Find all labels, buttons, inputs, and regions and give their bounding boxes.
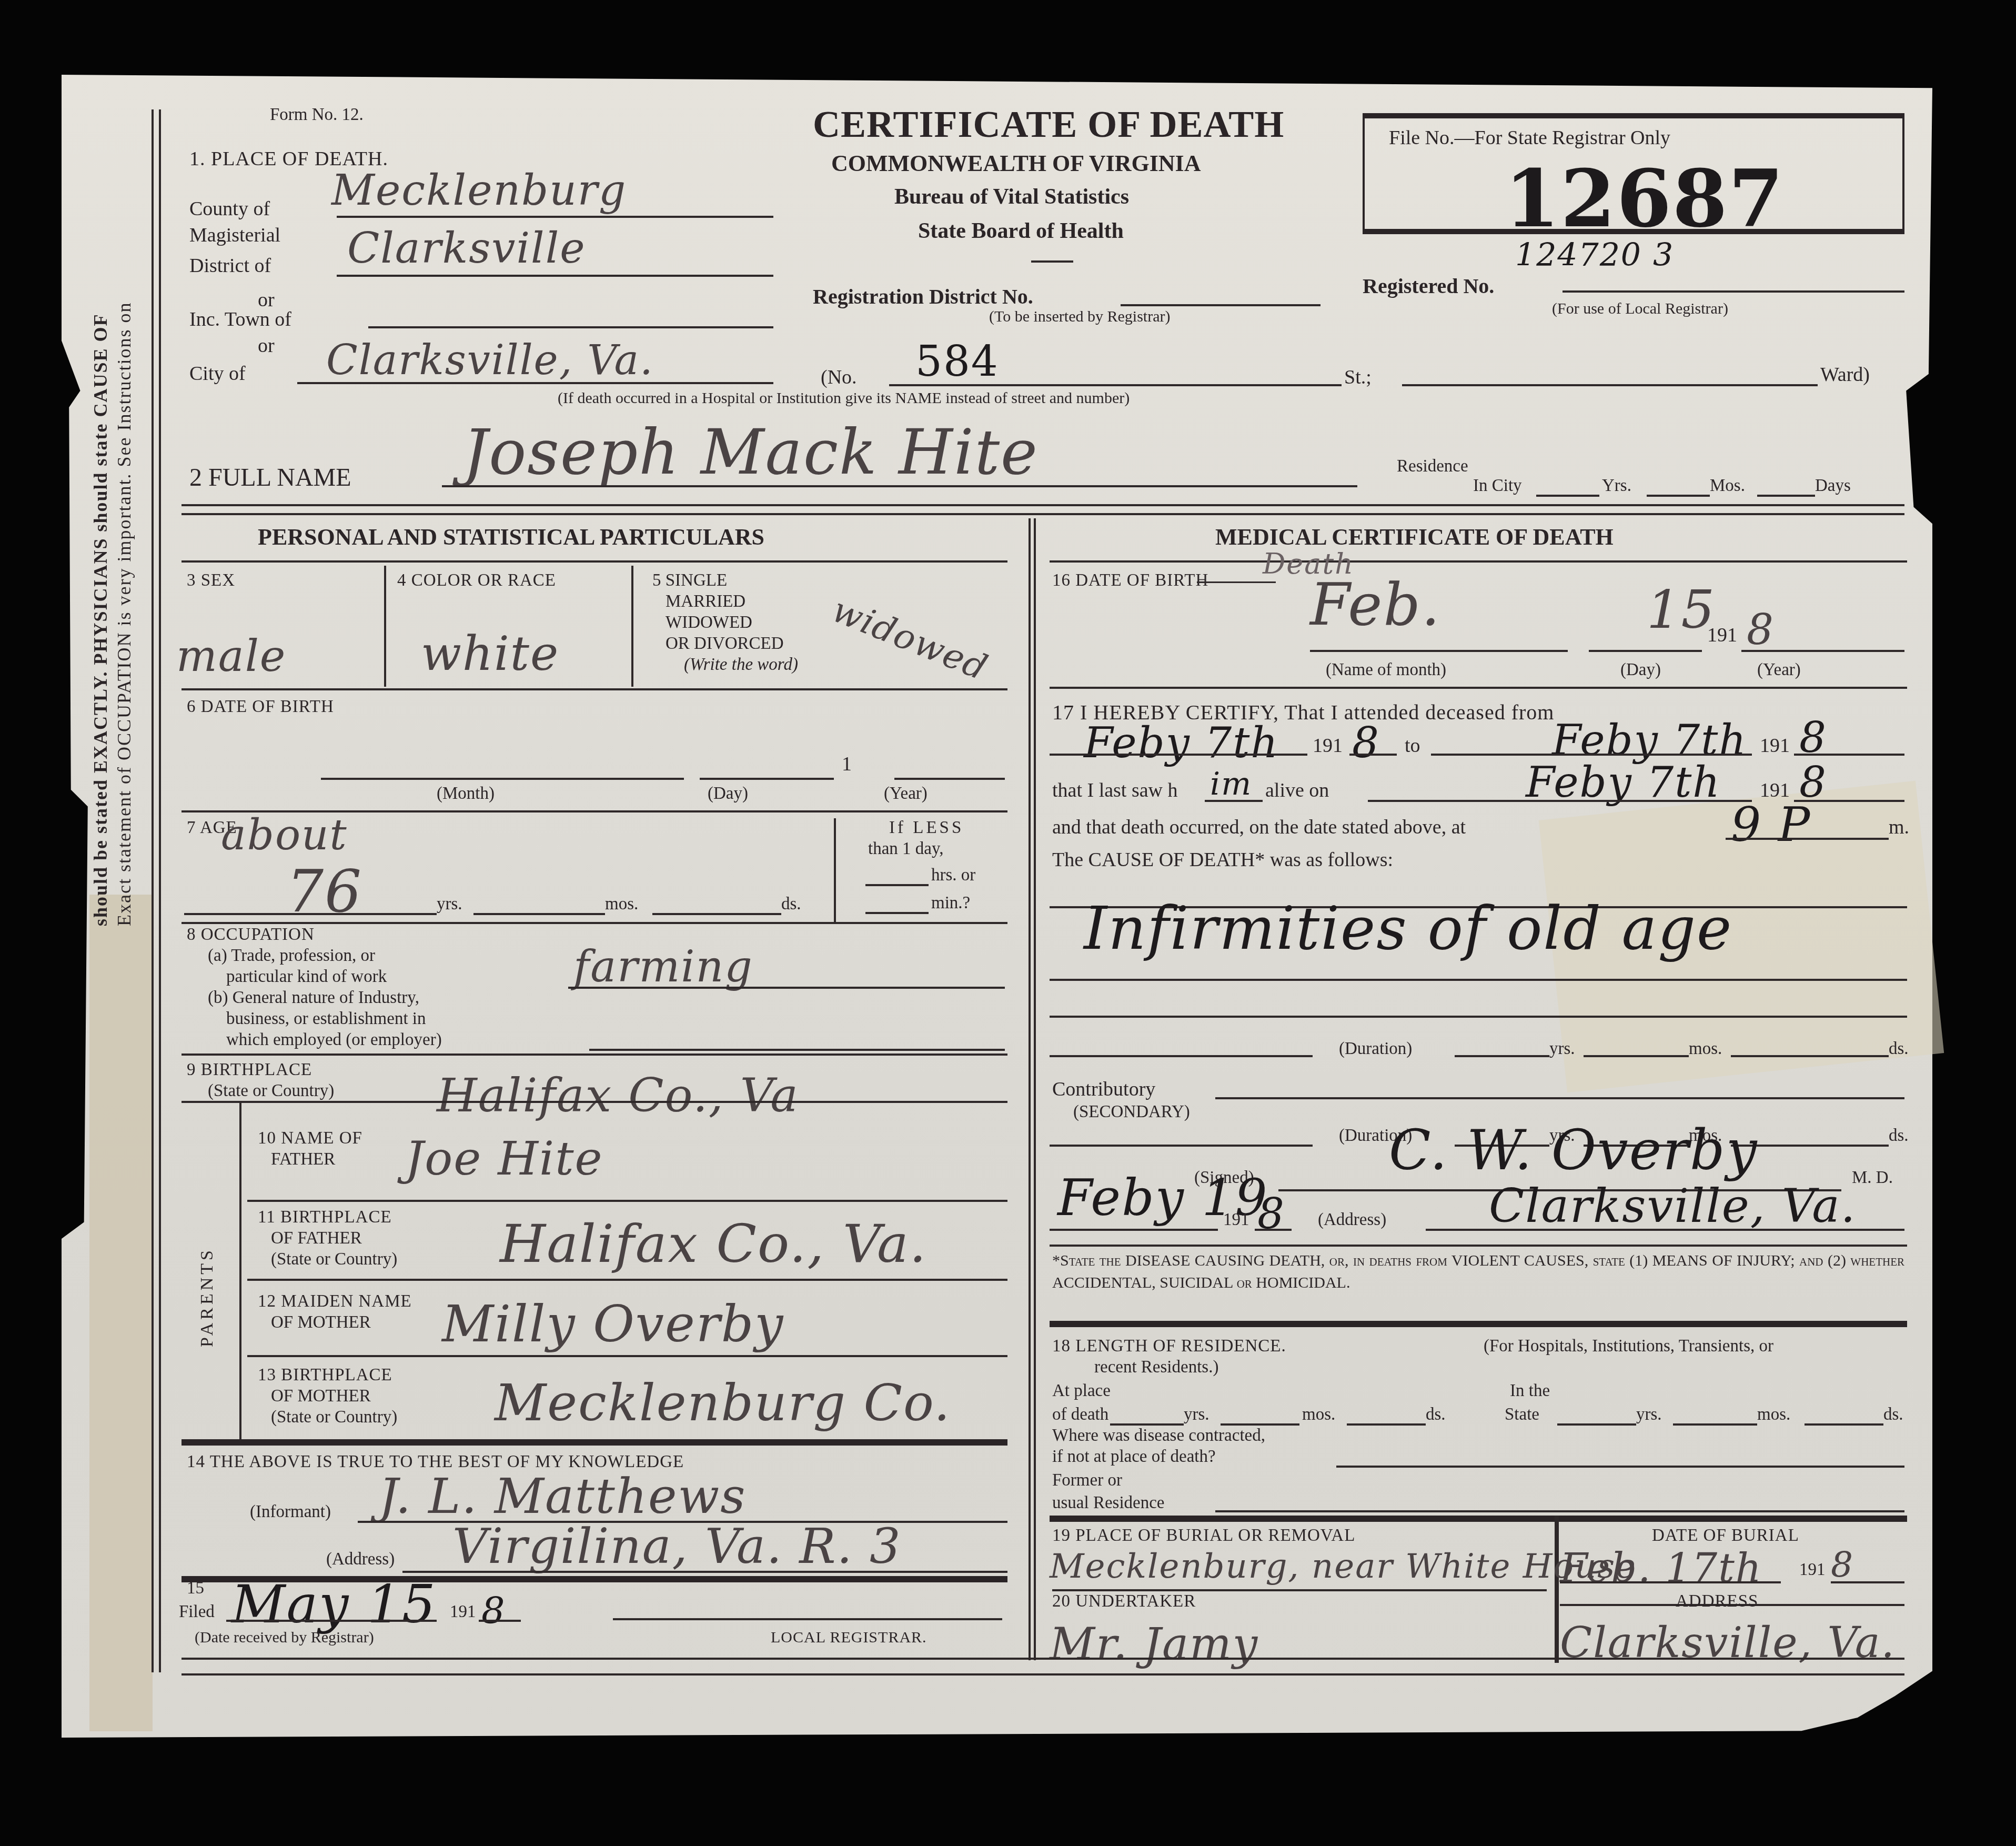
death-date-label: 16 DATE OF BIRTH	[1052, 571, 1208, 590]
undertaker-value[interactable]: Mr. Jamy	[1050, 1618, 1258, 1670]
cause-of-death-label: The CAUSE OF DEATH* was as follows:	[1052, 848, 1393, 871]
md-label: M. D.	[1852, 1168, 1893, 1188]
physician-signature[interactable]: C. W. Overby	[1389, 1118, 1758, 1182]
residence-yrs: Yrs.	[1602, 476, 1631, 496]
last-saw-pronoun[interactable]: im	[1210, 766, 1252, 802]
informant-address-value[interactable]: Virgilina, Va. R. 3	[452, 1518, 902, 1574]
filed-date-value[interactable]: May 15	[231, 1573, 437, 1635]
registered-number-label: Registered No.	[1363, 274, 1494, 298]
registration-district-label: Registration District No.	[813, 284, 1033, 309]
mother-name-label: 12 MAIDEN NAME	[258, 1292, 412, 1311]
burial-date-value[interactable]: Feb. 17th	[1560, 1544, 1762, 1591]
residence-yrs: yrs.	[1184, 1405, 1209, 1424]
to-label: to	[1405, 734, 1420, 757]
burial-date-label: DATE OF BURIAL	[1652, 1526, 1799, 1546]
death-time-label: and that death occurred, on the date sta…	[1052, 816, 1466, 839]
burial-place-value[interactable]: Mecklenburg, near White House	[1050, 1547, 1637, 1586]
age-yrs: yrs.	[437, 895, 462, 914]
city-label: City of	[189, 362, 246, 385]
mother-birthplace-sub: (State or Country)	[271, 1408, 397, 1427]
dob-label: 6 DATE OF BIRTH	[187, 697, 334, 717]
dob-month-caption: (Month)	[437, 784, 495, 804]
medical-section-header: MEDICAL CERTIFICATE OF DEATH	[1215, 524, 1614, 550]
duration-ds: ds.	[1889, 1126, 1909, 1146]
less-than-day-hrs: hrs. or	[931, 866, 975, 885]
hospital-note: (If death occurred in a Hospital or Inst…	[558, 389, 1130, 407]
form-number: Form No. 12.	[270, 105, 364, 125]
street-number-label: (No.	[821, 366, 857, 389]
contracted-label: Where was disease contracted,	[1052, 1426, 1265, 1446]
in-the-label: In the	[1510, 1381, 1550, 1401]
occupation-value[interactable]: farming	[573, 942, 753, 992]
or-label: or	[258, 334, 275, 357]
less-than-day-label: than 1 day,	[868, 839, 944, 859]
occupation-sub-a: particular kind of work	[226, 967, 387, 987]
contracted-label: if not at place of death?	[1052, 1447, 1216, 1467]
residence-ds: ds.	[1426, 1405, 1446, 1424]
undertaker-label: 20 UNDERTAKER	[1052, 1592, 1196, 1611]
secondary-label: (SECONDARY)	[1073, 1102, 1190, 1122]
cause-footnote: *State the DISEASE CAUSING DEATH, or, in…	[1052, 1250, 1904, 1294]
father-birthplace-sub: (State or Country)	[271, 1250, 397, 1269]
subtitle: COMMONWEALTH OF VIRGINIA	[831, 150, 1201, 177]
burial-year[interactable]: 8	[1831, 1544, 1854, 1585]
father-birthplace-label: 11 BIRTHPLACE	[258, 1208, 392, 1227]
residence-label: Residence	[1397, 457, 1468, 476]
parents-label: PARENTS	[197, 1247, 217, 1347]
father-name-value[interactable]: Joe Hite	[405, 1131, 603, 1186]
column-divider	[1029, 518, 1031, 1660]
dob-day-caption: (Day)	[708, 784, 748, 804]
bureau: Bureau of Vital Statistics	[894, 184, 1129, 209]
margin-note-2: Exact statement of OCCUPATION is very im…	[113, 302, 135, 926]
personal-section-header: PERSONAL AND STATISTICAL PARTICULARS	[258, 524, 764, 550]
death-time-value[interactable]: 9 P	[1731, 797, 1811, 852]
duration-label: (Duration)	[1339, 1039, 1412, 1059]
filed-year-prefix: 191	[450, 1602, 476, 1622]
magisterial-label: Magisterial	[189, 224, 280, 247]
mother-name-label: OF MOTHER	[271, 1313, 371, 1332]
residence-days: Days	[1815, 476, 1851, 496]
physician-address-label: (Address)	[1318, 1210, 1386, 1230]
registered-number-note: (For use of Local Registrar)	[1552, 300, 1728, 318]
mother-birthplace-label: OF MOTHER	[271, 1387, 371, 1406]
former-residence-label: Former or	[1052, 1471, 1122, 1490]
occupation-label: 8 OCCUPATION	[187, 925, 315, 945]
signed-year-prefix: 191	[1223, 1210, 1249, 1230]
father-name-label: 10 NAME OF	[258, 1129, 362, 1148]
residence-note: recent Residents.)	[1094, 1358, 1218, 1377]
street-number-value[interactable]: 584	[915, 337, 999, 386]
death-year-suffix[interactable]: 8	[1747, 605, 1775, 654]
age-ds: ds.	[781, 895, 801, 914]
informant-label: (Informant)	[250, 1502, 331, 1522]
marital-label: OR DIVORCED	[666, 634, 784, 654]
burial-place-label: 19 PLACE OF BURIAL OR REMOVAL	[1052, 1526, 1355, 1546]
local-registrar-label: LOCAL REGISTRAR.	[771, 1629, 927, 1647]
registration-district-note: (To be inserted by Registrar)	[989, 308, 1170, 326]
day-caption: (Day)	[1620, 660, 1661, 680]
full-name-label: 2 FULL NAME	[189, 463, 351, 492]
cause-of-death-value[interactable]: Infirmities of old age	[1084, 895, 1732, 963]
informant-address-label: (Address)	[326, 1550, 395, 1569]
occupation-sub-a: (a) Trade, profession, or	[208, 946, 375, 966]
last-saw-label: that I last saw h	[1052, 779, 1178, 802]
at-place-label: At place	[1052, 1381, 1111, 1401]
residence-mos: mos.	[1302, 1405, 1335, 1424]
dob-year-prefix: 1	[842, 753, 852, 776]
undertaker-address-value[interactable]: Clarksville, Va.	[1560, 1618, 1896, 1667]
file-number-label: File No.—For State Registrar Only	[1389, 126, 1670, 149]
town-label: Inc. Town of	[189, 308, 291, 331]
county-value[interactable]: Mecklenburg	[331, 166, 627, 215]
street-label: St.;	[1344, 366, 1372, 389]
duration-mos: mos.	[1689, 1039, 1722, 1059]
marital-label: WIDOWED	[666, 613, 752, 633]
file-number-secondary: 124720 3	[1515, 237, 1674, 274]
meridian-label: m.	[1889, 816, 1909, 839]
undertaker-address-label: ADDRESS	[1676, 1592, 1758, 1611]
duration-ds: ds.	[1889, 1039, 1909, 1059]
attended-to-year-prefix: 191	[1760, 734, 1790, 757]
former-residence-label: usual Residence	[1052, 1493, 1165, 1513]
state-yrs: yrs.	[1636, 1405, 1662, 1424]
marital-label: MARRIED	[666, 592, 745, 611]
marital-label: 5 SINGLE	[652, 571, 727, 590]
mother-name-value[interactable]: Milly Overby	[442, 1295, 784, 1353]
occupation-sub-b: business, or establishment in	[226, 1009, 426, 1029]
filed-year-suffix[interactable]: 8	[481, 1589, 506, 1632]
filed-note: (Date received by Registrar)	[195, 1629, 374, 1647]
occupation-sub-b: (b) General nature of Industry,	[208, 988, 419, 1008]
file-number-value: 12687	[1505, 153, 1785, 245]
occupation-sub-b: which employed (or employer)	[226, 1030, 442, 1050]
alive-on-label: alive on	[1265, 779, 1329, 802]
dob-year-caption: (Year)	[884, 784, 928, 804]
board: State Board of Health	[918, 218, 1124, 244]
of-death-label: of death	[1052, 1405, 1108, 1424]
county-label: County of	[189, 197, 270, 220]
district-label: District of	[189, 254, 271, 277]
state-label: State	[1505, 1405, 1539, 1424]
page-title: CERTIFICATE OF DEATH	[813, 103, 1284, 146]
mother-birthplace-label: 13 BIRTHPLACE	[258, 1366, 392, 1385]
birthplace-sub: (State or Country)	[208, 1081, 334, 1101]
physician-address-value[interactable]: Clarksville, Va.	[1489, 1179, 1857, 1233]
race-value[interactable]: white	[421, 626, 559, 681]
year-caption: (Year)	[1757, 660, 1801, 680]
attended-from-year-prefix: 191	[1313, 734, 1343, 757]
full-name-value[interactable]: Joseph Mack Hite	[463, 416, 1039, 488]
margin-rule	[159, 109, 161, 1672]
sex-value[interactable]: male	[176, 631, 286, 681]
attached-paper-strip	[89, 895, 153, 1731]
less-than-day-label: If LESS	[889, 818, 964, 838]
margin-note-1: should be stated EXACTLY. PHYSICIANS sho…	[89, 313, 112, 926]
residence-note: (For Hospitals, Institutions, Transients…	[1484, 1337, 1773, 1356]
death-year-prefix: 191	[1707, 624, 1737, 647]
attended-from-year[interactable]: 8	[1352, 718, 1380, 767]
signed-year[interactable]: 8	[1257, 1189, 1285, 1238]
father-birthplace-label: OF FATHER	[271, 1229, 362, 1248]
filed-number: 15	[187, 1579, 204, 1598]
birthplace-value[interactable]: Halifax Co., Va	[437, 1068, 799, 1122]
age-mos: mos.	[605, 895, 638, 914]
contributory-label: Contributory	[1052, 1078, 1155, 1101]
state-mos: mos.	[1757, 1405, 1790, 1424]
death-day-value[interactable]: 15	[1647, 579, 1716, 640]
ward-label: Ward)	[1820, 363, 1870, 386]
informant-value[interactable]: J. L. Matthews	[379, 1468, 746, 1524]
death-month-value[interactable]: Feb.	[1310, 571, 1441, 638]
sex-label: 3 SEX	[187, 571, 235, 590]
district-value[interactable]: Clarksville	[347, 224, 586, 273]
marital-note: (Write the word)	[684, 655, 798, 675]
father-name-label: FATHER	[271, 1150, 335, 1169]
birth-strikethrough	[1197, 581, 1276, 583]
duration-yrs: yrs.	[1549, 1039, 1575, 1059]
residence-mos: Mos.	[1710, 476, 1745, 496]
margin-rule	[152, 109, 154, 1672]
attended-from-value[interactable]: Feby 7th	[1084, 718, 1279, 767]
mother-birthplace-value[interactable]: Mecklenburg Co.	[495, 1373, 951, 1432]
age-prefix: about	[221, 810, 348, 859]
father-birthplace-value[interactable]: Halifax Co., Va.	[500, 1213, 927, 1275]
length-of-residence-label: 18 LENGTH OF RESIDENCE.	[1052, 1337, 1286, 1356]
birthplace-label: 9 BIRTHPLACE	[187, 1060, 312, 1080]
residence-in-city: In City	[1473, 476, 1522, 496]
less-than-day-min: min.?	[931, 894, 970, 913]
state-ds: ds.	[1883, 1405, 1903, 1424]
race-label: 4 COLOR OR RACE	[397, 571, 556, 590]
burial-year-prefix: 191	[1799, 1560, 1826, 1580]
filed-label: Filed	[179, 1602, 215, 1622]
city-value[interactable]: Clarksville, Va.	[326, 337, 654, 384]
month-caption: (Name of month)	[1326, 660, 1446, 680]
